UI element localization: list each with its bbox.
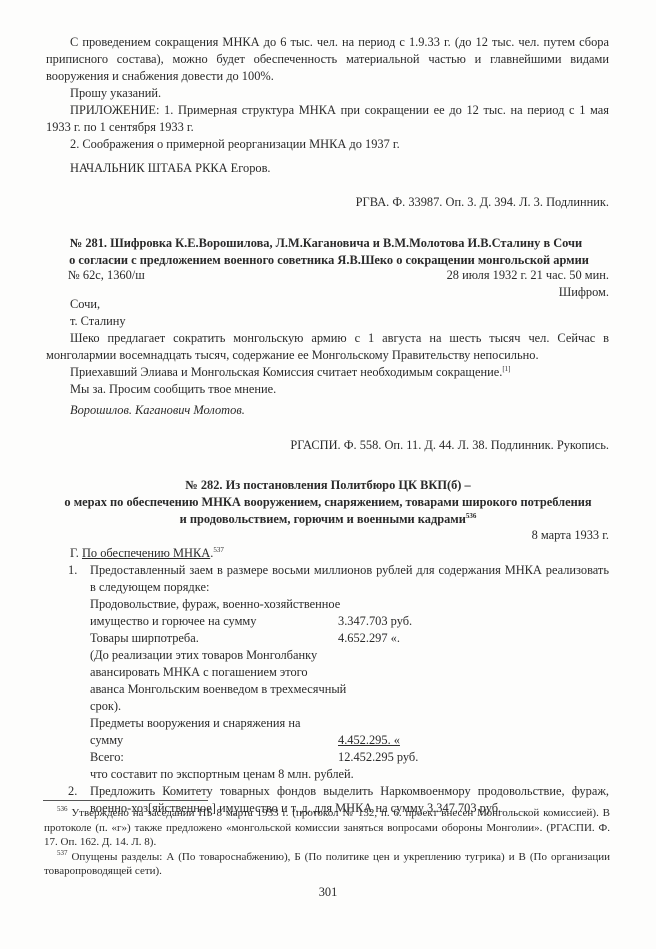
section-heading: Г. По обеспечению МНКА.537 xyxy=(46,545,609,562)
address-line: т. Сталину xyxy=(46,313,609,330)
document-281-body: Сочи, т. Сталину Шеко предлагает сократи… xyxy=(46,296,609,398)
breakdown-row: Всего:12.452.295 руб. xyxy=(90,749,609,766)
section-title: По обеспечению МНКА xyxy=(82,546,210,560)
list-item-text: Предоставленный заем в размере восьми ми… xyxy=(90,562,609,596)
footnote-marker: 536 xyxy=(466,512,477,520)
document-page: С проведением сокращения МНКА до 6 тыс. … xyxy=(0,0,656,949)
breakdown-label: аванса Монгольским военведом в трехмесяч… xyxy=(90,681,346,698)
signatures: Ворошилов. Каганович Молотов. xyxy=(46,402,609,419)
appendix-item: ПРИЛОЖЕНИЕ: 1. Примерная структура МНКА … xyxy=(46,102,609,136)
breakdown-label: имущество и горючее на сумму xyxy=(90,613,256,630)
paragraph: Мы за. Просим сообщить твое мнение. xyxy=(46,381,609,398)
document-date: 8 марта 1933 г. xyxy=(46,527,609,544)
document-281-title: № 281. Шифровка К.Е.Ворошилова, Л.М.Кага… xyxy=(56,235,596,269)
breakdown-amount: 4.452.295. « xyxy=(338,732,400,749)
paragraph: Шеко предлагает сократить монгольскую ар… xyxy=(46,330,609,364)
summary-line: что составит по экспортным ценам 8 млн. … xyxy=(90,766,609,783)
breakdown-label: срок). xyxy=(90,698,121,715)
breakdown-amount: 4.652.297 «. xyxy=(338,630,400,647)
title-line: и продовольствием, горючим и военными ка… xyxy=(40,511,616,528)
page-number: 301 xyxy=(0,884,656,901)
breakdown-amount: 12.452.295 руб. xyxy=(338,749,418,766)
breakdown-label: (До реализации этих товаров Монголбанку xyxy=(90,647,317,664)
loan-breakdown-table: Продовольствие, фураж, военно-хозяйствен… xyxy=(90,596,609,766)
document-datetime: 28 июля 1932 г. 21 час. 50 мин. xyxy=(447,267,609,284)
footnote-marker: [1] xyxy=(502,365,510,373)
footnote: 536 Утверждено на заседании ПБ 8 марта 1… xyxy=(44,806,610,850)
breakdown-label: Предметы вооружения и снаряжения на xyxy=(90,715,300,732)
archive-reference: РГАСПИ. Ф. 558. Оп. 11. Д. 44. Л. 38. По… xyxy=(46,437,609,454)
title-line: № 281. Шифровка К.Е.Ворошилова, Л.М.Кага… xyxy=(56,235,596,252)
breakdown-row: сумму4.452.295. « xyxy=(90,732,609,749)
breakdown-row: Товары ширпотреба.4.652.297 «. xyxy=(90,630,609,647)
breakdown-row: имущество и горючее на сумму3.347.703 ру… xyxy=(90,613,609,630)
previous-document-text: С проведением сокращения МНКА до 6 тыс. … xyxy=(46,34,609,153)
breakdown-label: авансировать МНКА с погашением этого xyxy=(90,664,308,681)
request-line: Прошу указаний. xyxy=(46,85,609,102)
title-line: о мерах по обеспечению МНКА вооружением,… xyxy=(40,494,616,511)
breakdown-row: Предметы вооружения и снаряжения на xyxy=(90,715,609,732)
footnote: 537 Опущены разделы: А (По товароснабжен… xyxy=(44,850,610,879)
document-number: № 62с, 1360/ш xyxy=(68,267,145,284)
paragraph: С проведением сокращения МНКА до 6 тыс. … xyxy=(46,34,609,85)
footnotes: 536 Утверждено на заседании ПБ 8 марта 1… xyxy=(44,806,610,879)
resolution-list: 1. Предоставленный заем в размере восьми… xyxy=(46,562,609,817)
archive-reference: РГВА. Ф. 33987. Оп. 3. Д. 394. Л. 3. Под… xyxy=(46,194,609,211)
breakdown-row: авансировать МНКА с погашением этого xyxy=(90,664,609,681)
breakdown-label: Всего: xyxy=(90,749,124,766)
breakdown-label: Товары ширпотреба. xyxy=(90,630,199,647)
breakdown-row: срок). xyxy=(90,698,609,715)
list-item: 1. Предоставленный заем в размере восьми… xyxy=(46,562,609,783)
breakdown-label: Продовольствие, фураж, военно-хозяйствен… xyxy=(90,596,340,613)
breakdown-label: сумму xyxy=(90,732,123,749)
footnote-separator xyxy=(43,800,208,801)
title-line: № 282. Из постановления Политбюро ЦК ВКП… xyxy=(40,477,616,494)
breakdown-amount: 3.347.703 руб. xyxy=(338,613,412,630)
address-line: Сочи, xyxy=(46,296,609,313)
breakdown-row: аванса Монгольским военведом в трехмесяч… xyxy=(90,681,609,698)
document-282-title: № 282. Из постановления Политбюро ЦК ВКП… xyxy=(40,477,616,528)
paragraph: Приехавший Элиава и Монгольская Комиссия… xyxy=(46,364,609,381)
appendix-item: 2. Соображения о примерной реорганизации… xyxy=(46,136,609,153)
signature: НАЧАЛЬНИК ШТАБА РККА Егоров. xyxy=(46,160,609,177)
footnote-marker: 537 xyxy=(213,546,224,554)
breakdown-row: Продовольствие, фураж, военно-хозяйствен… xyxy=(90,596,609,613)
breakdown-row: (До реализации этих товаров Монголбанку xyxy=(90,647,609,664)
